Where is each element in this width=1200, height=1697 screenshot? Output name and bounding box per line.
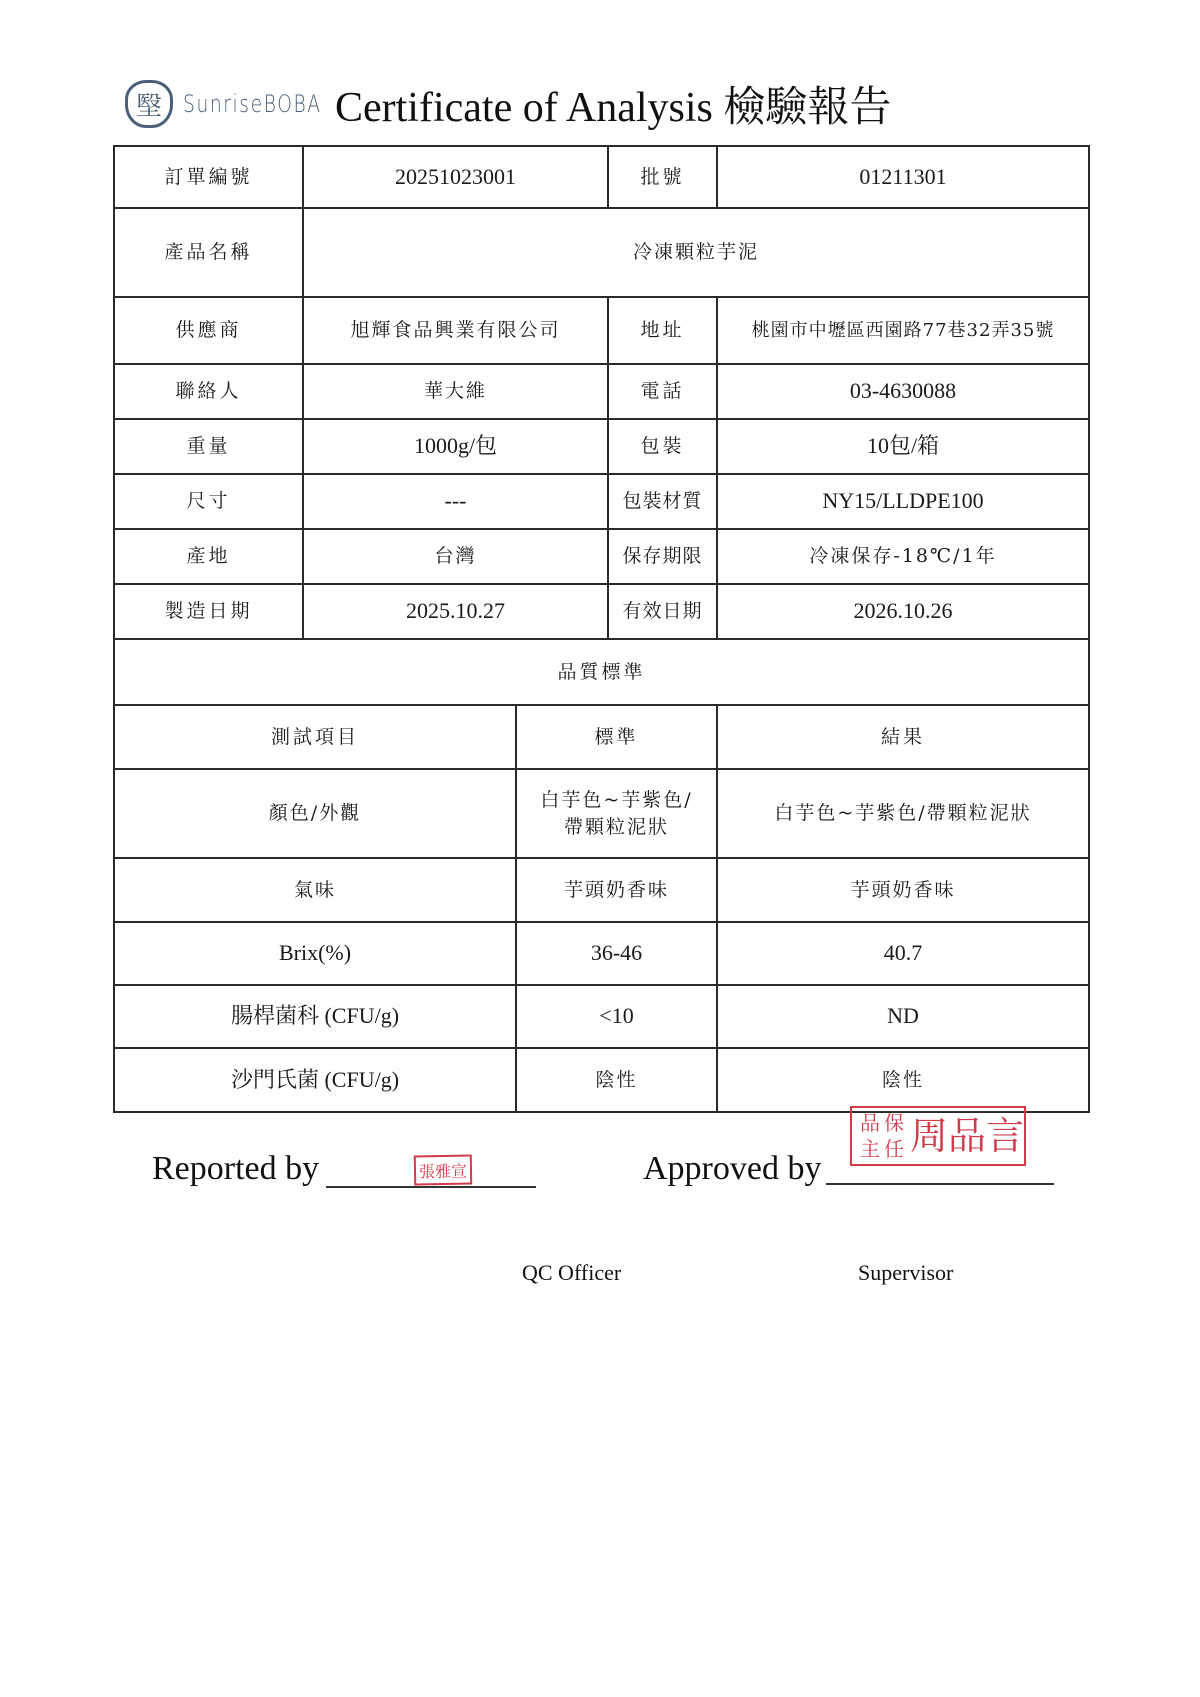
packing-label: 包裝 bbox=[609, 420, 718, 473]
quality-row-salmonella: 沙門氏菌 (CFU/g) 陰性 陰性 bbox=[115, 1049, 1088, 1111]
certificate-table: 訂單編號 20251023001 批號 01211301 產品名稱 冷凍顆粒芋泥… bbox=[113, 145, 1090, 1113]
test-result: 陰性 bbox=[718, 1049, 1088, 1111]
row-dates: 製造日期 2025.10.27 有效日期 2026.10.26 bbox=[115, 585, 1088, 640]
column-result: 結果 bbox=[718, 706, 1088, 768]
reported-by-label: Reported by bbox=[152, 1150, 319, 1188]
supplier-label: 供應商 bbox=[115, 298, 304, 363]
weight-label: 重量 bbox=[115, 420, 304, 473]
storage-label: 保存期限 bbox=[609, 530, 718, 583]
test-item: Brix(%) bbox=[115, 923, 517, 984]
approved-by-label: Approved by bbox=[643, 1150, 821, 1188]
address-value: 桃園市中壢區西園路77巷32弄35號 bbox=[718, 298, 1088, 363]
test-item: 顏色/外觀 bbox=[115, 770, 517, 857]
supplier-value: 旭輝食品興業有限公司 bbox=[304, 298, 609, 363]
address-label: 地址 bbox=[609, 298, 718, 363]
contact-value: 華大維 bbox=[304, 365, 609, 418]
exp-date-value: 2026.10.26 bbox=[718, 585, 1088, 638]
test-standard: 陰性 bbox=[517, 1049, 718, 1111]
approved-by-signature-line bbox=[826, 1183, 1054, 1185]
seal-char: 保 bbox=[882, 1110, 906, 1136]
quality-row-brix: Brix(%) 36-46 40.7 bbox=[115, 923, 1088, 986]
row-origin: 產地 台灣 保存期限 冷凍保存-18℃/1年 bbox=[115, 530, 1088, 585]
quality-row-appearance: 顏色/外觀 白芋色~芋紫色/ 帶顆粒泥狀 白芋色~芋紫色/帶顆粒泥狀 bbox=[115, 770, 1088, 859]
row-order: 訂單編號 20251023001 批號 01211301 bbox=[115, 147, 1088, 209]
test-item: 腸桿菌科 (CFU/g) bbox=[115, 986, 517, 1047]
size-value: --- bbox=[304, 475, 609, 528]
seal-char: 主 bbox=[858, 1136, 882, 1162]
qc-officer-role: QC Officer bbox=[522, 1260, 621, 1286]
seal-title-characters: 品 保 主 任 bbox=[858, 1110, 906, 1162]
phone-value: 03-4630088 bbox=[718, 365, 1088, 418]
seal-char: 任 bbox=[882, 1136, 906, 1162]
mfg-date-value: 2025.10.27 bbox=[304, 585, 609, 638]
seal-char: 品 bbox=[858, 1110, 882, 1136]
mfg-date-label: 製造日期 bbox=[115, 585, 304, 638]
column-test-item: 測試項目 bbox=[115, 706, 517, 768]
storage-value: 冷凍保存-18℃/1年 bbox=[718, 530, 1088, 583]
batch-label: 批號 bbox=[609, 147, 718, 207]
supervisor-role: Supervisor bbox=[858, 1260, 953, 1286]
row-supplier: 供應商 旭輝食品興業有限公司 地址 桃園市中壢區西園路77巷32弄35號 bbox=[115, 298, 1088, 365]
test-item: 沙門氏菌 (CFU/g) bbox=[115, 1049, 517, 1111]
row-product: 產品名稱 冷凍顆粒芋泥 bbox=[115, 209, 1088, 298]
quality-column-headers: 測試項目 標準 結果 bbox=[115, 706, 1088, 770]
test-result: 白芋色~芋紫色/帶顆粒泥狀 bbox=[718, 770, 1088, 857]
test-standard-line-1: 白芋色~芋紫色/ bbox=[540, 787, 692, 814]
test-standard-line-2: 帶顆粒泥狀 bbox=[564, 814, 669, 841]
phone-label: 電話 bbox=[609, 365, 718, 418]
row-contact: 聯絡人 華大維 電話 03-4630088 bbox=[115, 365, 1088, 420]
order-no-label: 訂單編號 bbox=[115, 147, 304, 207]
quality-section-header: 品質標準 bbox=[115, 640, 1088, 706]
seal-name: 周品言 bbox=[910, 1111, 1024, 1161]
test-result: 芋頭奶香味 bbox=[718, 859, 1088, 921]
quality-row-odor: 氣味 芋頭奶香味 芋頭奶香味 bbox=[115, 859, 1088, 923]
product-value: 冷凍顆粒芋泥 bbox=[304, 209, 1088, 296]
origin-label: 產地 bbox=[115, 530, 304, 583]
test-result: 40.7 bbox=[718, 923, 1088, 984]
reporter-seal-stamp: 張雅宣 bbox=[414, 1154, 473, 1185]
test-standard: 36-46 bbox=[517, 923, 718, 984]
contact-label: 聯絡人 bbox=[115, 365, 304, 418]
column-standard: 標準 bbox=[517, 706, 718, 768]
test-item: 氣味 bbox=[115, 859, 517, 921]
size-label: 尺寸 bbox=[115, 475, 304, 528]
packing-value: 10包/箱 bbox=[718, 420, 1088, 473]
quality-row-enterobacteriaceae: 腸桿菌科 (CFU/g) <10 ND bbox=[115, 986, 1088, 1049]
document-title: Certificate of Analysis 檢驗報告 bbox=[335, 74, 891, 134]
quality-section-title: 品質標準 bbox=[115, 640, 1088, 704]
document-header: 㙠 SunriseBOBA Certificate of Analysis 檢驗… bbox=[125, 74, 1025, 134]
reported-by-signature-line bbox=[326, 1186, 536, 1188]
row-size: 尺寸 --- 包裝材質 NY15/LLDPE100 bbox=[115, 475, 1088, 530]
order-no-value: 20251023001 bbox=[304, 147, 609, 207]
origin-value: 台灣 bbox=[304, 530, 609, 583]
exp-date-label: 有效日期 bbox=[609, 585, 718, 638]
sunrise-boba-seal-icon: 㙠 bbox=[125, 80, 173, 128]
brand-name: SunriseBOBA bbox=[183, 90, 300, 118]
batch-value: 01211301 bbox=[718, 147, 1088, 207]
material-value: NY15/LLDPE100 bbox=[718, 475, 1088, 528]
row-weight: 重量 1000g/包 包裝 10包/箱 bbox=[115, 420, 1088, 475]
supervisor-seal-stamp: 品 保 主 任 周品言 bbox=[850, 1106, 1026, 1166]
test-standard: <10 bbox=[517, 986, 718, 1047]
product-label: 產品名稱 bbox=[115, 209, 304, 296]
test-standard: 芋頭奶香味 bbox=[517, 859, 718, 921]
material-label: 包裝材質 bbox=[609, 475, 718, 528]
test-standard: 白芋色~芋紫色/ 帶顆粒泥狀 bbox=[517, 770, 718, 857]
test-result: ND bbox=[718, 986, 1088, 1047]
weight-value: 1000g/包 bbox=[304, 420, 609, 473]
